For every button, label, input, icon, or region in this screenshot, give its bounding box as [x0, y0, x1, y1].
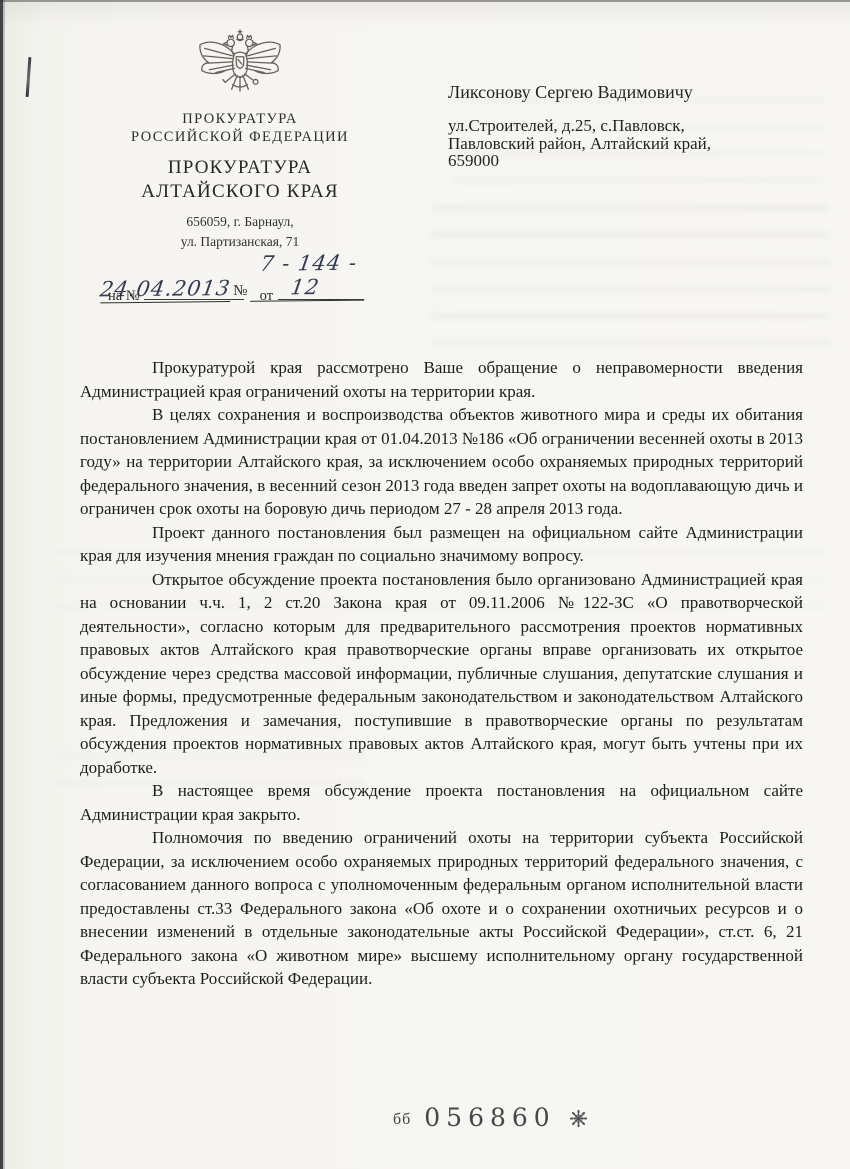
letter-body: Прокуратурой края рассмотрено Ваше обращ… [80, 356, 803, 991]
scan-edge-top [0, 0, 850, 2]
pen-mark [26, 57, 32, 97]
body-paragraph: Проект данного постановления был размеще… [80, 521, 803, 568]
org-name-line1: ПРОКУРАТУРА [95, 110, 385, 128]
scanned-letter-page: ПРОКУРАТУРА РОССИЙСКОЙ ФЕДЕРАЦИИ ПРОКУРА… [0, 0, 850, 1169]
scan-edge-left-soft [3, 0, 5, 1169]
asterisk-mark-icon [569, 1109, 588, 1132]
body-paragraph: Полномочия по введению ограничений охоты… [80, 826, 803, 991]
blank-underline [278, 286, 364, 300]
recipient-address-line1: ул.Строителей, д.25, с.Павловск, [448, 117, 778, 135]
office-name-line2: АЛТАЙСКОГО КРАЯ [95, 180, 385, 204]
body-paragraph: Открытое обсуждение проекта постановлени… [80, 568, 803, 780]
coat-of-arms-eagle-icon [192, 28, 288, 106]
stamp-series: бб [393, 1111, 411, 1132]
ink-bleedthrough [432, 196, 830, 348]
letterhead: ПРОКУРАТУРА РОССИЙСКОЙ ФЕДЕРАЦИИ ПРОКУРА… [95, 28, 385, 252]
recipient-name: Ликсонову Сергею Вадимовичу [448, 82, 778, 103]
incoming-reference-line: на №от [108, 286, 364, 305]
reply-from-label: от [260, 288, 273, 304]
form-number-stamp: бб 056860 [393, 1103, 588, 1132]
blank-underline [144, 286, 244, 300]
org-name-line2: РОССИЙСКОЙ ФЕДЕРАЦИИ [95, 128, 385, 146]
office-name-line1: ПРОКУРАТУРА [95, 156, 385, 180]
recipient-address-line2: Павловский район, Алтайский край, [448, 135, 778, 153]
office-address-line1: 656059, г. Барнаул, [95, 212, 385, 232]
reply-prefix-label: на № [108, 288, 140, 304]
office-address-line2: ул. Партизанская, 71 [95, 232, 385, 252]
recipient-block: Ликсонову Сергею Вадимовичу ул.Строителе… [448, 82, 778, 170]
body-paragraph: Прокуратурой края рассмотрено Ваше обращ… [80, 356, 803, 403]
stamp-number: 056860 [424, 1103, 555, 1132]
body-paragraph: В целях сохранения и воспроизводства объ… [80, 403, 803, 521]
body-paragraph: В настоящее время обсуждение проекта пос… [80, 779, 803, 826]
recipient-address-line3: 659000 [448, 152, 778, 170]
